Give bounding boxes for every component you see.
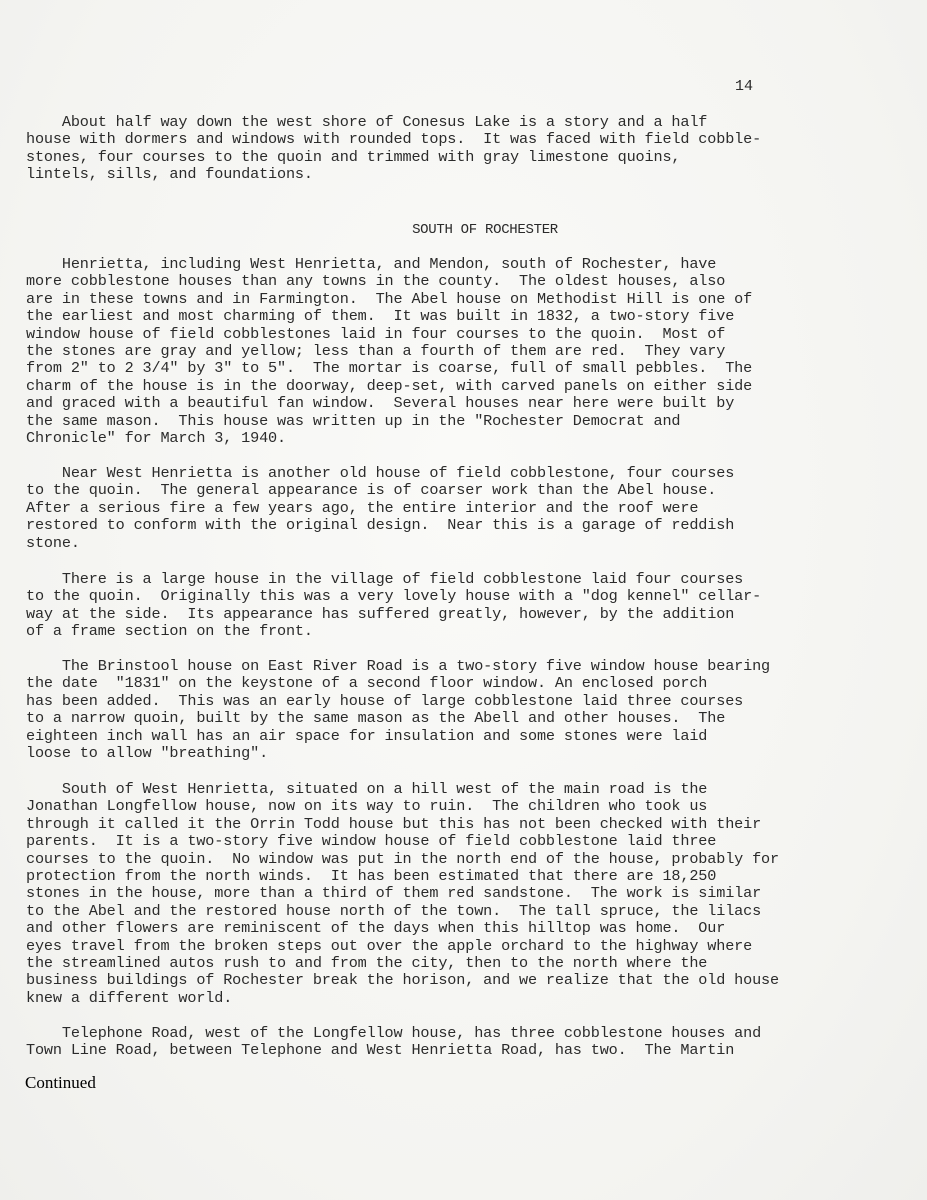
text-line: the date "1831" on the keystone of a sec… (26, 675, 906, 692)
text-line: business buildings of Rochester break th… (26, 972, 906, 989)
text-line: Jonathan Longfellow house, now on its wa… (26, 798, 906, 815)
text-line: stone. (26, 535, 906, 552)
paragraph-village-house: There is a large house in the village of… (26, 571, 906, 641)
text-line: eyes travel from the broken steps out ov… (26, 938, 906, 955)
text-line: Henrietta, including West Henrietta, and… (26, 256, 906, 273)
text-line: There is a large house in the village of… (26, 571, 906, 588)
text-line: restored to conform with the original de… (26, 517, 906, 534)
text-line: way at the side. Its appearance has suff… (26, 606, 906, 623)
text-line: lintels, sills, and foundations. (26, 166, 906, 183)
text-line: to the Abel and the restored house north… (26, 903, 906, 920)
section-heading: SOUTH OF ROCHESTER (0, 222, 927, 238)
paragraph-brinstool-house: The Brinstool house on East River Road i… (26, 658, 906, 762)
text-line: has been added. This was an early house … (26, 693, 906, 710)
text-line: About half way down the west shore of Co… (26, 114, 906, 131)
text-line: and other flowers are reminiscent of the… (26, 920, 906, 937)
text-line: to the quoin. The general appearance is … (26, 482, 906, 499)
text-line: stones in the house, more than a third o… (26, 885, 906, 902)
text-line: from 2" to 2 3/4" by 3" to 5". The morta… (26, 360, 906, 377)
text-line: and graced with a beautiful fan window. … (26, 395, 906, 412)
text-line: parents. It is a two-story five window h… (26, 833, 906, 850)
text-line: the streamlined autos rush to and from t… (26, 955, 906, 972)
text-line: stones, four courses to the quoin and tr… (26, 149, 906, 166)
text-line: the stones are gray and yellow; less tha… (26, 343, 906, 360)
text-line: knew a different world. (26, 990, 906, 1007)
text-line: courses to the quoin. No window was put … (26, 851, 906, 868)
text-line: the same mason. This house was written u… (26, 413, 906, 430)
text-line: After a serious fire a few years ago, th… (26, 500, 906, 517)
text-line: of a frame section on the front. (26, 623, 906, 640)
text-line: Chronicle" for March 3, 1940. (26, 430, 906, 447)
text-line: more cobblestone houses than any towns i… (26, 273, 906, 290)
text-line: Telephone Road, west of the Longfellow h… (26, 1025, 906, 1042)
text-line: Town Line Road, between Telephone and We… (26, 1042, 906, 1059)
text-line: loose to allow "breathing". (26, 745, 906, 762)
continued-note: Continued (25, 1073, 96, 1093)
text-line: to the quoin. Originally this was a very… (26, 588, 906, 605)
paragraph-telephone-road: Telephone Road, west of the Longfellow h… (26, 1025, 906, 1060)
text-line: charm of the house is in the doorway, de… (26, 378, 906, 395)
text-line: window house of field cobblestones laid … (26, 326, 906, 343)
text-line: through it called it the Orrin Todd hous… (26, 816, 906, 833)
text-line: South of West Henrietta, situated on a h… (26, 781, 906, 798)
text-line: the earliest and most charming of them. … (26, 308, 906, 325)
text-line: Near West Henrietta is another old house… (26, 465, 906, 482)
paragraph-conesus-lake: About half way down the west shore of Co… (26, 114, 906, 184)
text-line: house with dormers and windows with roun… (26, 131, 906, 148)
document-page: 14 About half way down the west shore of… (0, 0, 927, 1200)
text-line: The Brinstool house on East River Road i… (26, 658, 906, 675)
paragraph-west-henrietta-house: Near West Henrietta is another old house… (26, 465, 906, 552)
text-line: to a narrow quoin, built by the same mas… (26, 710, 906, 727)
text-line: eighteen inch wall has an air space for … (26, 728, 906, 745)
text-line: are in these towns and in Farmington. Th… (26, 291, 906, 308)
paragraph-henrietta-abel-house: Henrietta, including West Henrietta, and… (26, 256, 906, 447)
paragraph-longfellow-house: South of West Henrietta, situated on a h… (26, 781, 906, 1007)
text-line: protection from the north winds. It has … (26, 868, 906, 885)
page-number: 14 (735, 78, 753, 95)
